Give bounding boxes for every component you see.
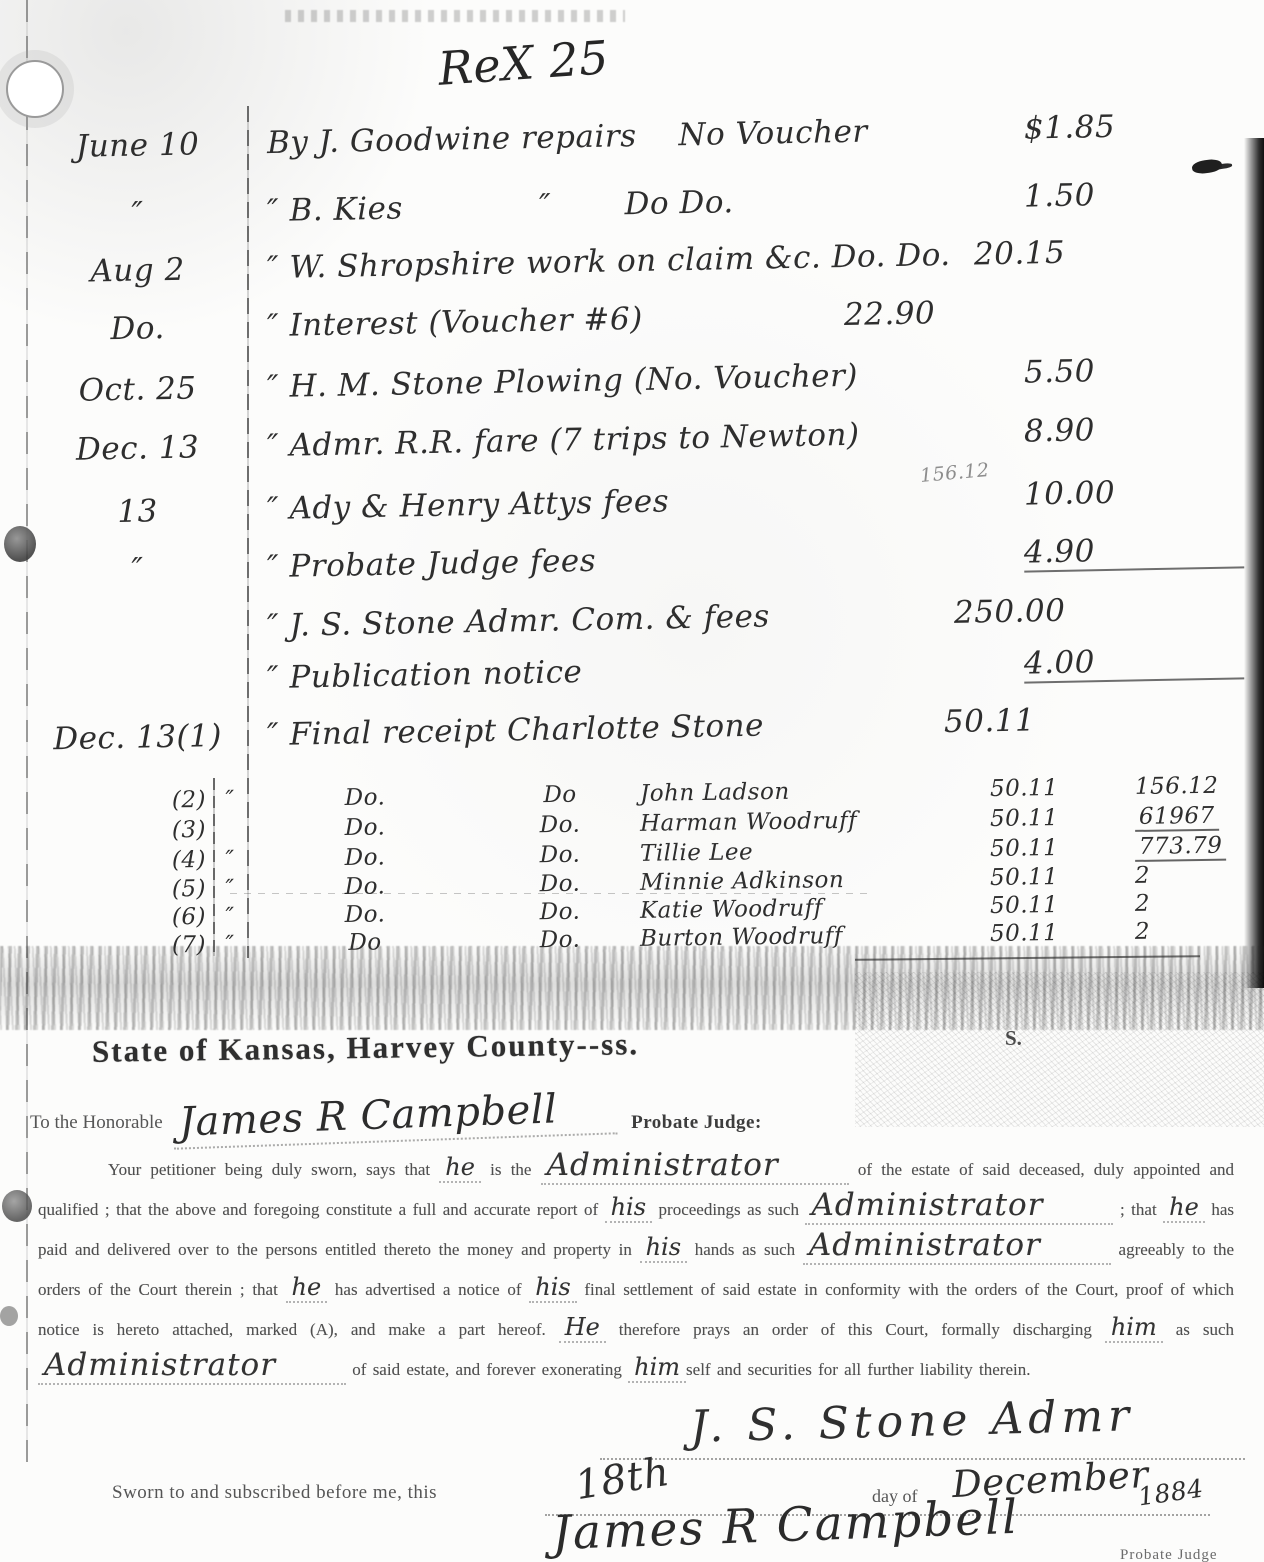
margin-total: 773.79 bbox=[1135, 833, 1227, 862]
handwritten-insertion: He bbox=[559, 1313, 606, 1343]
payee-name: Minnie Adkinson bbox=[640, 865, 990, 896]
handwritten-insertion: his bbox=[529, 1273, 576, 1303]
ditto-do: Do. bbox=[250, 813, 480, 842]
ledger-row: ″ ″ Probate Judge fees 4.90 bbox=[30, 530, 1245, 591]
ledger-row: 13 ″ Ady & Henry Attys fees 10.00 bbox=[30, 472, 1244, 531]
receipt-amount: 50.11 bbox=[990, 919, 1135, 947]
handwritten-insertion: he bbox=[1163, 1193, 1205, 1223]
ledger-date: Oct. 25 bbox=[30, 370, 246, 410]
margin-total: 2 bbox=[1135, 917, 1250, 945]
margin-total: 2 bbox=[1135, 889, 1250, 917]
ledger-amount: 250.00 bbox=[954, 589, 1245, 631]
margin-total: 61967 bbox=[1135, 803, 1219, 832]
ledger-entry: ″ Ady & Henry Attys fees bbox=[245, 477, 1025, 528]
administrator-signature: J. S. Stone Admr bbox=[689, 1390, 1134, 1453]
ledger-amount: $1.85 bbox=[1024, 106, 1245, 146]
handwritten-insertion: Administrator bbox=[541, 1147, 849, 1185]
ledger-date: Aug 2 bbox=[30, 251, 246, 291]
sworn-day-handwritten: 18th bbox=[572, 1449, 673, 1509]
stray-mark: S. bbox=[1005, 1026, 1022, 1051]
form-heading: State of Kansas, Harvey County--ss. bbox=[92, 1026, 640, 1070]
ditto-mark bbox=[210, 836, 250, 837]
printed-text: has advertised a notice of bbox=[327, 1280, 529, 1299]
salutation-prefix: To the Honorable bbox=[30, 1112, 163, 1133]
handwritten-insertion: him bbox=[1105, 1313, 1163, 1343]
ledger-amount: 4.90 bbox=[1024, 530, 1245, 572]
hole-punch bbox=[6, 60, 64, 118]
ledger-row: Do. ″ Interest (Voucher #6) 22.90 bbox=[30, 289, 1244, 348]
ditto-mark: ″ bbox=[210, 786, 250, 813]
ledger-amount: 20.15 bbox=[974, 231, 1245, 272]
ledger-amount: 10.00 bbox=[1024, 472, 1245, 512]
printed-text: Your petitioner being duly sworn, says t… bbox=[108, 1160, 439, 1179]
handwritten-insertion: his bbox=[640, 1233, 687, 1263]
ledger-date: Do. bbox=[30, 309, 246, 349]
scan-streak bbox=[285, 10, 625, 22]
page-crease bbox=[26, 0, 28, 1462]
receipt-amount: 50.11 bbox=[990, 774, 1135, 802]
receipt-number: (4) bbox=[150, 847, 210, 874]
handwritten-insertion: he bbox=[439, 1153, 481, 1183]
ditto-mark: ″ bbox=[210, 903, 250, 930]
printed-text: therefore prays an order of this Court, … bbox=[606, 1320, 1105, 1339]
printed-text: as such bbox=[1163, 1320, 1234, 1339]
ledger-entry: ″ Admr. R.R. fare (7 trips to Newton) bbox=[245, 414, 1025, 465]
handwritten-insertion: Administrator bbox=[38, 1347, 346, 1385]
ledger-row: Dec. 13 ″ Admr. R.R. fare (7 trips to Ne… bbox=[30, 409, 1244, 468]
receipt-amount: 50.11 bbox=[990, 891, 1135, 919]
ledger-entry: ″ H. M. Stone Plowing (No. Voucher) bbox=[245, 355, 1025, 406]
ditto-do: Do. bbox=[250, 843, 480, 872]
ditto-mark: ″ bbox=[210, 875, 250, 902]
ledger-row: Dec. 13(1) ″ Final receipt Charlotte Sto… bbox=[30, 698, 1244, 757]
ledger-entry: ″ J. S. Stone Admr. Com. & fees bbox=[245, 595, 955, 645]
ink-blot bbox=[1191, 158, 1223, 175]
ledger-entry: ″ Interest (Voucher #6) bbox=[245, 297, 845, 344]
ledger-entry: ″ Publication notice bbox=[245, 646, 1025, 697]
receipt-amount: 50.11 bbox=[990, 863, 1135, 891]
probate-judge-label: Probate Judge bbox=[1120, 1547, 1218, 1562]
ledger-date: June 10 bbox=[30, 126, 246, 166]
ditto-mark: ″ bbox=[210, 846, 250, 873]
margin-total: 2 bbox=[1135, 861, 1250, 889]
ditto-do: Do. bbox=[250, 900, 480, 929]
ledger-row: Aug 2 ″ W. Shropshire work on claim &c. … bbox=[30, 231, 1244, 290]
handwritten-insertion: his bbox=[605, 1193, 652, 1223]
faint-rule bbox=[230, 893, 870, 894]
ledger-amount: 5.50 bbox=[1024, 350, 1245, 390]
ditto-do: Do. bbox=[250, 783, 480, 812]
signature-rule bbox=[600, 1458, 1245, 1460]
salutation-line: To the HonorableJames R CampbellProbate … bbox=[30, 1092, 762, 1142]
ledger-amount: 8.90 bbox=[1024, 409, 1245, 449]
handwritten-insertion: him bbox=[628, 1353, 686, 1383]
receipt-number: (6) bbox=[150, 904, 210, 931]
ditto-mark: ″ bbox=[210, 931, 250, 958]
handwritten-insertion: Administrator bbox=[805, 1187, 1113, 1225]
judge-name-handwritten: James R Campbell bbox=[172, 1084, 618, 1149]
payee-name: Burton Woodruff bbox=[640, 921, 990, 952]
ledger-entry: ″ Final receipt Charlotte Stone bbox=[245, 704, 945, 753]
printed-text: is the bbox=[481, 1160, 541, 1179]
ledger-amount: 22.90 bbox=[844, 289, 1245, 333]
petition-paragraph: Your petitioner being duly sworn, says t… bbox=[38, 1150, 1234, 1390]
margin-total: 156.12 bbox=[1135, 772, 1250, 800]
printed-text: proceedings as such bbox=[652, 1200, 805, 1219]
ledger-date bbox=[30, 689, 245, 693]
ink-smudge bbox=[0, 1306, 18, 1326]
receipt-amount: 50.11 bbox=[990, 804, 1135, 832]
ditto-do: Do. bbox=[250, 872, 480, 901]
ledger-date bbox=[30, 637, 245, 641]
ledger-amount: 1.50 bbox=[1024, 174, 1245, 214]
printed-text: ; that bbox=[1113, 1200, 1163, 1219]
ledger-date: Dec. 13 bbox=[30, 429, 246, 469]
payee-name: John Ladson bbox=[640, 776, 990, 807]
ledger-entry: ″ B. Kies ″ Do Do. bbox=[245, 179, 1025, 230]
payee-name: Katie Woodruff bbox=[640, 893, 990, 924]
ledger-row: Oct. 25 ″ H. M. Stone Plowing (No. Vouch… bbox=[30, 350, 1244, 409]
ink-smudge bbox=[2, 1190, 32, 1222]
salutation-suffix: Probate Judge: bbox=[631, 1112, 762, 1133]
ledger-amount: 50.11 bbox=[944, 698, 1245, 740]
receipt-number: (3) bbox=[150, 817, 210, 844]
receipt-number: (2) bbox=[150, 787, 210, 814]
sworn-statement: Sworn to and subscribed before me, this bbox=[112, 1482, 437, 1504]
ledger-row: ″ Publication notice 4.00 bbox=[30, 641, 1245, 702]
toner-speckle bbox=[855, 972, 1264, 1127]
handwritten-insertion: Administrator bbox=[803, 1227, 1111, 1265]
payee-name: Harman Woodruff bbox=[640, 806, 990, 837]
ledger-row: ″ ″ B. Kies ″ Do Do. 1.50 bbox=[30, 174, 1244, 233]
ledger-row: June 10 By J. Goodwine repairs No Vouche… bbox=[30, 106, 1244, 165]
payee-name: Tillie Lee bbox=[640, 836, 990, 867]
ledger-amount: 4.00 bbox=[1024, 641, 1245, 683]
printed-text: hands as such bbox=[687, 1240, 803, 1259]
ledger-entry: ″ Probate Judge fees bbox=[245, 535, 1025, 586]
ledger-date: ″ bbox=[30, 550, 246, 590]
receipt-number: (7) bbox=[150, 932, 210, 959]
ditto-do: Do bbox=[250, 928, 480, 957]
ditto-do: Do bbox=[480, 781, 640, 809]
ledger-entry: By J. Goodwine repairs No Voucher bbox=[245, 111, 1025, 162]
handwritten-insertion: he bbox=[286, 1273, 328, 1303]
ledger-entry: ″ W. Shropshire work on claim &c. Do. Do… bbox=[245, 237, 975, 287]
receipt-number: (5) bbox=[150, 876, 210, 903]
ditto-do: Do. bbox=[480, 811, 640, 839]
scanned-document-page: ReX 25 June 10 By J. Goodwine repairs No… bbox=[0, 0, 1264, 1562]
receipt-amount: 50.11 bbox=[990, 834, 1135, 862]
printed-text: of said estate, and forever exonerating bbox=[346, 1360, 628, 1379]
ledger-row: ″ J. S. Stone Admr. Com. & fees 250.00 bbox=[30, 589, 1244, 648]
ditto-do: Do. bbox=[480, 841, 640, 869]
printed-text: self and securities for all further liab… bbox=[686, 1360, 1030, 1379]
ditto-do: Do. bbox=[480, 926, 640, 954]
ledger-date: ″ bbox=[30, 194, 246, 234]
page-title: ReX 25 bbox=[436, 30, 610, 96]
ledger-date: Dec. 13(1) bbox=[30, 718, 246, 758]
ledger-date: 13 bbox=[30, 492, 246, 532]
ditto-do: Do. bbox=[480, 898, 640, 926]
